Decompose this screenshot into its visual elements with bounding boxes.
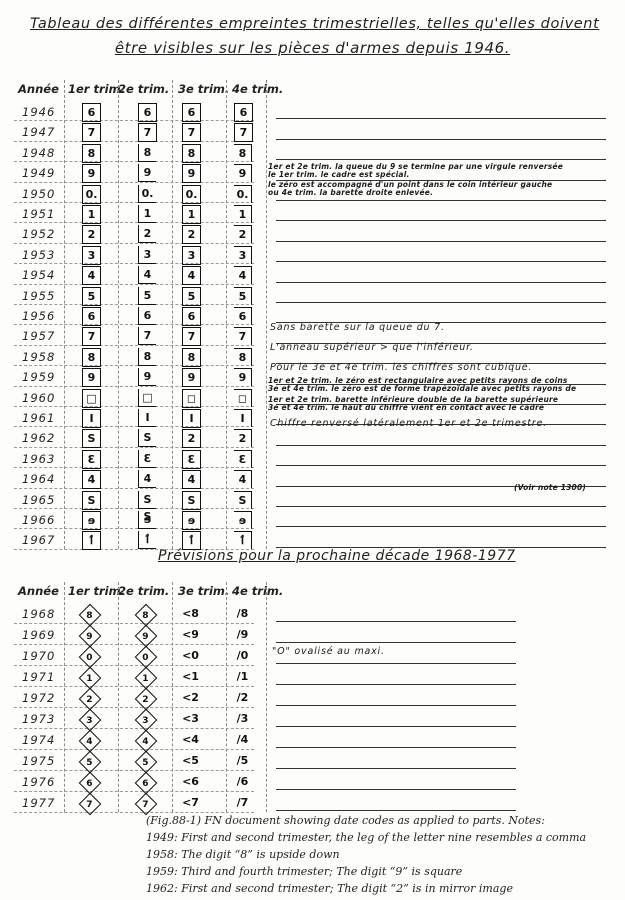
date-code-stamp: 9 [182, 164, 201, 183]
date-code-stamp: ٲ [82, 531, 101, 550]
handwritten-note: ou 4e trim. la barette droite enlevée. [268, 188, 433, 197]
date-code-stamp: S [234, 491, 252, 509]
date-code-stamp: I [234, 409, 252, 427]
date-code-stamp: 5 [82, 287, 101, 306]
year-label: 1955 [22, 289, 55, 303]
date-code-stamp: 4 [82, 470, 101, 489]
date-code-stamp: 8 [234, 144, 252, 162]
handwritten-note: 3e et 4e trim. le zéro est de forme trap… [268, 384, 576, 393]
date-code-stamp: /5 [234, 752, 251, 769]
year-label: 1961 [22, 411, 55, 425]
date-code-stamp: 2 [82, 225, 101, 244]
date-code-stamp: ɘ [82, 511, 101, 530]
date-code-stamp: 8 [234, 348, 252, 366]
date-code-stamp: <5 [182, 752, 199, 769]
handwritten-note: (Voir note 1300) [514, 483, 586, 492]
note-rule-line [276, 139, 606, 140]
table-row: 19511111 [14, 202, 254, 223]
date-code-stamp: ◻ [234, 389, 252, 407]
table-row: 197333<3/3 [14, 707, 254, 729]
date-code-stamp: 6 [234, 307, 252, 325]
date-code-stamp: 6 [82, 307, 101, 326]
table-row: 197555<5/5 [14, 749, 254, 771]
date-code-stamp: 7 [182, 327, 201, 346]
year-label: 1950 [22, 187, 55, 201]
date-code-stamp: S [82, 491, 101, 510]
table-row: 1963ƐƐƐƐ [14, 447, 254, 468]
table-row: 1965SS SSS [14, 488, 254, 509]
column-header: 1er trim. [68, 82, 125, 96]
date-code-stamp: ɘ [138, 511, 156, 529]
date-code-stamp: 5 [234, 287, 252, 305]
date-code-stamp: 4 [234, 266, 252, 284]
date-code-stamp: 8 [182, 348, 201, 367]
table-row: 197000<0/0 [14, 644, 254, 666]
year-label: 1971 [22, 670, 55, 684]
date-code-stamp: I [182, 409, 201, 428]
date-code-stamp: 4 [82, 266, 101, 285]
table-row: 1966ɘɘɘɘ [14, 508, 254, 529]
note-rule-line [276, 642, 516, 643]
column-header: Année [18, 82, 59, 96]
date-code-stamp: 9 [138, 164, 156, 182]
year-label: 1946 [22, 105, 55, 119]
year-label: 1956 [22, 309, 55, 323]
date-code-stamp: 3 [82, 246, 101, 265]
date-code-stamp: I [82, 409, 101, 428]
date-code-stamp: <4 [182, 731, 199, 748]
table-row: 19588888 [14, 345, 254, 366]
date-code-stamp: 1 [234, 205, 252, 223]
caption-line: 1959: Third and fourth trimester; The di… [146, 863, 586, 880]
year-label: 1951 [22, 207, 55, 221]
table-row: 197444<4/4 [14, 728, 254, 750]
note-rule-line [276, 200, 606, 201]
date-code-stamp: 7 [234, 327, 252, 345]
date-code-stamp: 4 [138, 266, 156, 284]
year-label: 1964 [22, 472, 55, 486]
table-row: 19499999 [14, 161, 254, 182]
handwritten-note: Sans barette sur la queue du 7. [270, 322, 445, 333]
note-rule-line [276, 241, 606, 242]
date-code-stamp: 9 [234, 164, 252, 182]
note-rule-line [276, 768, 516, 769]
year-label: 1965 [22, 493, 55, 507]
table-row: 19544444 [14, 263, 254, 284]
year-label: 1960 [22, 391, 55, 405]
year-label: 1952 [22, 227, 55, 241]
date-code-stamp: 4 [182, 266, 201, 285]
year-label: 1975 [22, 754, 55, 768]
date-code-stamp: 7 [79, 793, 102, 816]
date-code-stamp: 2 [182, 225, 201, 244]
note-rule-line [276, 621, 516, 622]
year-label: 1972 [22, 691, 55, 705]
date-code-stamp: <9 [182, 626, 199, 643]
date-code-stamp: <8 [182, 605, 199, 622]
caption-line: 1949: First and second trimester, the le… [146, 829, 586, 846]
date-code-stamp: 2 [182, 429, 201, 448]
date-code-stamp: /8 [234, 605, 251, 622]
date-code-stamp: 1 [82, 205, 101, 224]
date-code-stamp: ɘ [234, 511, 252, 529]
document-title-line-2: être visibles sur les pièces d'armes dep… [0, 39, 625, 57]
column-header: 4e trim. [232, 584, 283, 598]
note-rule-line [276, 684, 516, 685]
table-row: 1960□□◻◻ [14, 386, 254, 407]
handwritten-note: 3e et 4e trim. le haut du chiffre vient … [268, 403, 544, 412]
date-code-stamp: 7 [82, 327, 101, 346]
date-code-stamp: 3 [182, 246, 201, 265]
date-code-stamp: <1 [182, 668, 199, 685]
date-code-stamp: 9 [138, 368, 156, 386]
year-label: 1947 [22, 125, 55, 139]
column-header: 1er trim. [68, 584, 125, 598]
date-code-stamp: 3 [138, 246, 156, 264]
date-code-stamp: 8 [138, 348, 156, 366]
handwritten-note: Pour le 3e et 4e trim. les chiffres sont… [270, 362, 532, 373]
note-rule-line [276, 789, 516, 790]
date-code-stamp: S S [138, 491, 156, 509]
note-rule-line [276, 261, 606, 262]
caption-line: 1958: The digit “8” is upside down [146, 846, 586, 863]
date-code-stamp: /7 [234, 794, 251, 811]
note-rule-line [276, 506, 606, 507]
date-code-stamp: /9 [234, 626, 251, 643]
column-divider [266, 80, 267, 549]
date-code-stamp: 6 [182, 103, 201, 122]
year-label: 1948 [22, 146, 55, 160]
note-rule-line [276, 118, 606, 119]
note-rule-line [276, 465, 606, 466]
date-code-stamp: □ [138, 389, 156, 407]
date-code-stamp: <6 [182, 773, 199, 790]
date-code-stamp: 6 [82, 103, 101, 122]
date-code-stamp: 8 [138, 144, 156, 162]
date-code-stamp: Ɛ [234, 450, 252, 468]
date-code-stamp: 1 [182, 205, 201, 224]
date-code-stamp: S [82, 429, 101, 448]
table-row: 196999<9/9 [14, 623, 254, 645]
date-code-stamp: 4 [182, 470, 201, 489]
year-label: 1966 [22, 513, 55, 527]
date-code-stamp: 1 [138, 205, 156, 223]
year-label: 1970 [22, 649, 55, 663]
table-row: 196888<8/8 [14, 602, 254, 624]
year-label: 1977 [22, 796, 55, 810]
date-code-stamp: 0. [82, 185, 101, 204]
date-code-stamp: /3 [234, 710, 251, 727]
table-row: 197222<2/2 [14, 686, 254, 708]
note-rule-line [276, 705, 516, 706]
caption-line: 1962: First and second trimester; The di… [146, 880, 586, 897]
table-row: 19533333 [14, 243, 254, 264]
handwritten-note: Chiffre renversé latéralement 1er et 2e … [270, 418, 547, 429]
date-code-stamp: S [138, 429, 156, 447]
column-header: 3e trim. [178, 584, 229, 598]
date-code-stamp: ɘ [182, 511, 201, 530]
date-code-stamp: 4 [138, 470, 156, 488]
table-row: 19477777 [14, 120, 254, 141]
date-code-stamp: 8 [82, 348, 101, 367]
handwritten-note: le 1er trim. le cadre est spécial. [268, 170, 410, 179]
forecast-subtitle: Prévisions pour la prochaine décade 1968… [158, 548, 516, 564]
column-divider [266, 582, 267, 812]
date-code-stamp: 2 [234, 225, 252, 243]
table-row: 19500.0.0.0. [14, 182, 254, 203]
table-row: 197777<7/7 [14, 791, 254, 813]
date-code-stamp: 6 [182, 307, 201, 326]
table-row: 19644444 [14, 467, 254, 488]
date-code-stamp: 0. [138, 185, 156, 203]
column-header: 2e trim. [118, 584, 169, 598]
year-label: 1959 [22, 370, 55, 384]
date-code-stamp: Ɛ [82, 450, 101, 469]
date-code-stamp: Ɛ [182, 450, 201, 469]
table-row: 19466666 [14, 100, 254, 121]
date-code-stamp: /4 [234, 731, 251, 748]
date-code-stamp: 9 [82, 164, 101, 183]
date-code-stamp: 2 [234, 429, 252, 447]
date-code-stamp: 5 [138, 287, 156, 305]
table-row: 19488888 [14, 141, 254, 162]
caption-line: (Fig.88-1) FN document showing date code… [146, 812, 586, 829]
table-row: 19555555 [14, 284, 254, 305]
date-code-stamp: ◻ [182, 389, 201, 408]
year-label: 1954 [22, 268, 55, 282]
handwritten-note: "O" ovalisé au maxi. [272, 646, 385, 657]
year-label: 1969 [22, 628, 55, 642]
date-code-stamp: /6 [234, 773, 251, 790]
date-code-stamp: 9 [82, 368, 101, 387]
date-code-stamp: 7 [138, 123, 157, 142]
table-row: 19522222 [14, 222, 254, 243]
year-label: 1963 [22, 452, 55, 466]
figure-caption: (Fig.88-1) FN document showing date code… [146, 812, 586, 897]
date-code-stamp: 7 [182, 123, 201, 142]
date-code-stamp: 8 [82, 144, 101, 163]
date-code-stamp: 7 [82, 123, 101, 142]
date-code-stamp: <0 [182, 647, 199, 664]
date-code-stamp: 4 [234, 470, 252, 488]
date-code-stamp: /0 [234, 647, 251, 664]
date-code-stamp: 0. [234, 185, 252, 203]
year-label: 1968 [22, 607, 55, 621]
date-code-stamp: 7 [234, 123, 253, 142]
date-code-stamp: /1 [234, 668, 251, 685]
note-rule-line [276, 302, 606, 303]
column-header: 4e trim. [232, 82, 283, 96]
date-code-stamp: 0. [182, 185, 201, 204]
note-rule-line [276, 663, 516, 664]
date-code-stamp: Ɛ [138, 450, 156, 468]
table-row: 19566666 [14, 304, 254, 325]
date-code-stamp: <3 [182, 710, 199, 727]
year-label: 1973 [22, 712, 55, 726]
date-code-stamp: 5 [182, 287, 201, 306]
note-rule-line [276, 445, 606, 446]
table-row: 19577777 [14, 324, 254, 345]
document-title-line-1: Tableau des différentes empreintes trime… [30, 16, 625, 32]
date-code-stamp: 9 [234, 368, 252, 386]
date-code-stamp: 3 [234, 246, 252, 264]
note-rule-line [276, 220, 606, 221]
handwritten-note: L'anneau supérieur > que l'inférieur. [270, 342, 474, 353]
date-code-stamp: ٲ [234, 531, 252, 549]
date-code-stamp: I [138, 409, 156, 427]
date-code-stamp: 6 [138, 307, 156, 325]
year-label: 1974 [22, 733, 55, 747]
table-row: 1961IIII [14, 406, 254, 427]
table-row: 197666<6/6 [14, 770, 254, 792]
column-header: 3e trim. [178, 82, 229, 96]
year-label: 1953 [22, 248, 55, 262]
date-code-stamp: 6 [234, 103, 253, 122]
date-code-stamp: <7 [182, 794, 199, 811]
table-row: 1962SS22 [14, 426, 254, 447]
year-label: 1976 [22, 775, 55, 789]
table-row: 1967ٲٲٲٲ [14, 528, 254, 549]
date-code-stamp: /2 [234, 689, 251, 706]
date-code-stamp: 9 [182, 368, 201, 387]
year-label: 1949 [22, 166, 55, 180]
note-rule-line [276, 810, 516, 811]
year-label: 1958 [22, 350, 55, 364]
year-label: 1957 [22, 329, 55, 343]
column-header: 2e trim. [118, 82, 169, 96]
table-row: 19599999 [14, 365, 254, 386]
note-rule-line [276, 526, 606, 527]
date-code-stamp: S [182, 491, 201, 510]
year-label: 1967 [22, 533, 55, 547]
year-label: 1962 [22, 431, 55, 445]
note-rule-line [276, 159, 606, 160]
note-rule-line [276, 726, 516, 727]
date-code-stamp: 7 [138, 327, 156, 345]
column-header: Année [18, 584, 59, 598]
date-code-stamp: <2 [182, 689, 199, 706]
note-rule-line [276, 747, 516, 748]
date-code-stamp: 8 [182, 144, 201, 163]
date-code-stamp: 6 [138, 103, 157, 122]
table-row: 197111<1/1 [14, 665, 254, 687]
date-code-stamp: 2 [138, 225, 156, 243]
note-rule-line [276, 282, 606, 283]
date-code-stamp: □ [82, 389, 101, 408]
date-code-stamp: ٲ [138, 531, 156, 549]
